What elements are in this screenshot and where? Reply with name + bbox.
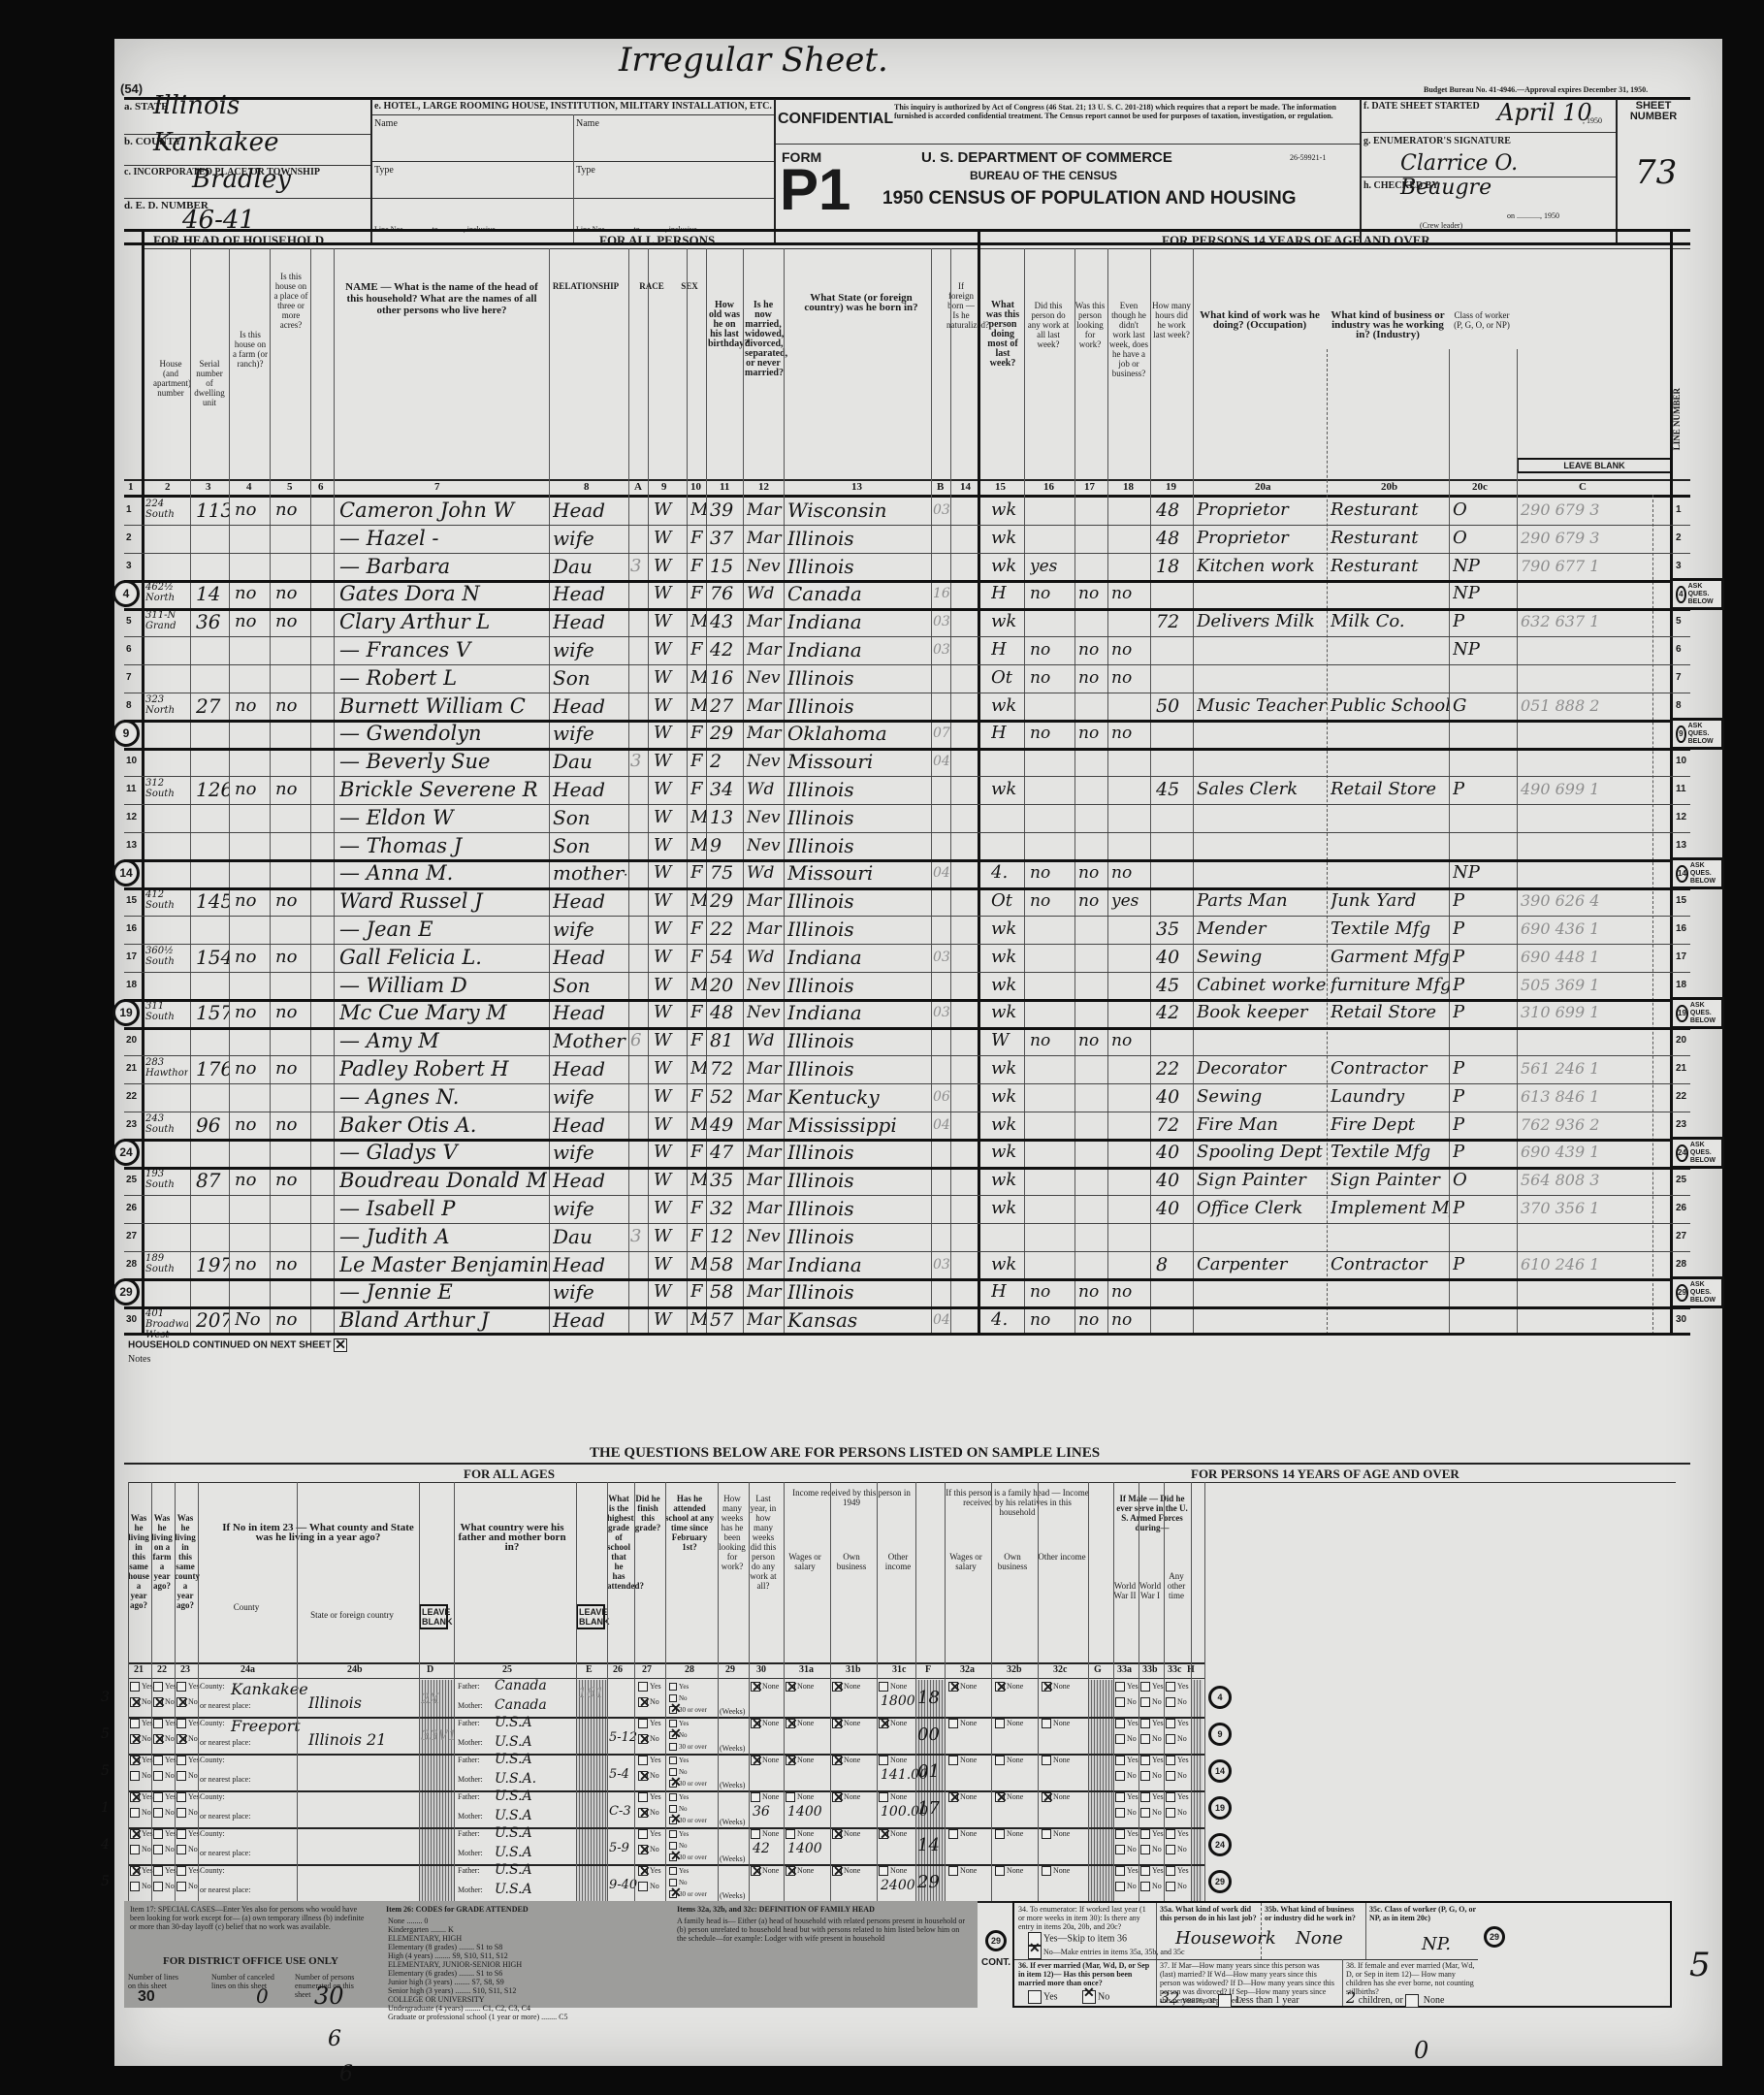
q32a-header: Wages or salary: [945, 1552, 987, 1571]
q31b-none[interactable]: None: [832, 1792, 860, 1802]
q33a-no[interactable]: No: [1115, 1808, 1137, 1818]
q32b-none[interactable]: None: [995, 1829, 1023, 1839]
q36-yes[interactable]: Yes: [1028, 1990, 1058, 2004]
q23-yes[interactable]: Yes: [176, 1756, 200, 1765]
q32c-none-box[interactable]: [1042, 1792, 1051, 1802]
q23-no-box[interactable]: [176, 1734, 186, 1744]
q28-30-over[interactable]: [669, 1890, 677, 1898]
q33b-yes[interactable]: Yes: [1140, 1719, 1164, 1728]
q22-yes[interactable]: Yes: [153, 1866, 176, 1876]
q22-no-box[interactable]: [153, 1734, 163, 1744]
q27-yes[interactable]: Yes: [638, 1719, 661, 1728]
q32b-none[interactable]: None: [995, 1756, 1023, 1765]
q27-yes[interactable]: Yes: [638, 1682, 661, 1692]
q23-yes-box[interactable]: [176, 1756, 186, 1765]
q33b-no-box[interactable]: [1140, 1808, 1150, 1818]
q22-no-box[interactable]: [153, 1845, 163, 1854]
q32b-none-box[interactable]: [995, 1756, 1005, 1765]
q31b-none[interactable]: None: [832, 1829, 860, 1839]
q21-yes-box[interactable]: [130, 1792, 140, 1802]
q23-no-box[interactable]: [176, 1697, 186, 1707]
q32b-none-box[interactable]: [995, 1829, 1005, 1839]
q32a-none-box[interactable]: [948, 1866, 958, 1876]
q21-yes[interactable]: Yes: [130, 1719, 153, 1728]
q36-no-checkbox[interactable]: [1082, 1990, 1096, 2004]
q28-no[interactable]: [669, 1768, 677, 1776]
q23-yes[interactable]: Yes: [176, 1866, 200, 1876]
q33a-no-box[interactable]: [1115, 1845, 1125, 1854]
q23-yes-box[interactable]: [176, 1829, 186, 1839]
q33a-no[interactable]: No: [1115, 1771, 1137, 1781]
q21-yes-box[interactable]: [130, 1866, 140, 1876]
q22-no-box[interactable]: [153, 1808, 163, 1818]
q28-no[interactable]: [669, 1805, 677, 1813]
q32b-none-box[interactable]: [995, 1719, 1005, 1728]
q31b-none[interactable]: None: [832, 1719, 860, 1728]
q36-yes-label: Yes: [1043, 1991, 1058, 2002]
q33a-yes[interactable]: Yes: [1115, 1719, 1139, 1728]
q33c-yes[interactable]: Yes: [1166, 1756, 1189, 1765]
q33c-no[interactable]: No: [1166, 1771, 1187, 1781]
q32a-none-box[interactable]: [948, 1682, 958, 1692]
q22-no-box[interactable]: [153, 1771, 163, 1781]
q31b-none-box[interactable]: [832, 1756, 842, 1765]
q31c-none-box[interactable]: [879, 1829, 888, 1839]
q33b-no[interactable]: No: [1140, 1845, 1162, 1854]
q28-30-over[interactable]: [669, 1743, 677, 1751]
q21-no[interactable]: No: [130, 1845, 151, 1854]
q33b-no[interactable]: No: [1140, 1771, 1162, 1781]
q21-yes[interactable]: Yes: [130, 1682, 153, 1692]
q23-no-box[interactable]: [176, 1845, 186, 1854]
q32c-none[interactable]: None: [1042, 1756, 1070, 1765]
q32a-none[interactable]: None: [948, 1792, 977, 1802]
q27-no-box[interactable]: [638, 1734, 648, 1744]
q31c-none[interactable]: None: [879, 1756, 907, 1765]
q31a-none[interactable]: None: [786, 1792, 814, 1802]
q31a-none[interactable]: None: [786, 1719, 814, 1728]
q22-yes[interactable]: Yes: [153, 1756, 176, 1765]
q27-yes[interactable]: Yes: [638, 1756, 661, 1765]
q28-yes[interactable]: [669, 1830, 677, 1838]
q33c-yes[interactable]: Yes: [1166, 1829, 1189, 1839]
q27-no[interactable]: No: [638, 1882, 659, 1891]
q33c-yes[interactable]: Yes: [1166, 1719, 1189, 1728]
q33b-no-box[interactable]: [1140, 1697, 1150, 1707]
q21-no[interactable]: No: [130, 1697, 151, 1707]
q31c-none[interactable]: None: [879, 1792, 907, 1802]
table-row: 1515412 South145nonoWard Russel JHeadWM2…: [114, 887, 1705, 916]
q28-30-over[interactable]: [669, 1817, 677, 1824]
q21-yes[interactable]: Yes: [130, 1756, 153, 1765]
q32b-none[interactable]: None: [995, 1719, 1023, 1728]
sample-column-number: 24a: [241, 1664, 255, 1675]
q28-yes[interactable]: [669, 1757, 677, 1764]
q33b-yes-box[interactable]: [1140, 1756, 1150, 1765]
q21-no[interactable]: No: [130, 1882, 151, 1891]
q33a-yes-box[interactable]: [1115, 1719, 1125, 1728]
q22-yes-box[interactable]: [153, 1719, 163, 1728]
q33c-no[interactable]: No: [1166, 1697, 1187, 1707]
q28-no[interactable]: [669, 1842, 677, 1850]
cell-hours: 22: [1156, 1057, 1191, 1080]
q27-no-box[interactable]: [638, 1808, 648, 1818]
q31a-none-box[interactable]: [786, 1829, 795, 1839]
q31b-none-box[interactable]: [832, 1682, 842, 1692]
q33b-yes[interactable]: Yes: [1140, 1792, 1164, 1802]
q32a-none[interactable]: None: [948, 1866, 977, 1876]
q22-no[interactable]: No: [153, 1697, 175, 1707]
q33c-yes-box[interactable]: [1166, 1829, 1175, 1839]
q31a-none-box[interactable]: [786, 1866, 795, 1876]
q31c-none-box[interactable]: [879, 1792, 888, 1802]
q33a-yes[interactable]: Yes: [1115, 1829, 1139, 1839]
q32b-none-box[interactable]: [995, 1792, 1005, 1802]
q33b-yes[interactable]: Yes: [1140, 1756, 1164, 1765]
q23-no-box[interactable]: [176, 1771, 186, 1781]
q32a-none[interactable]: None: [948, 1719, 977, 1728]
q31b-none[interactable]: None: [832, 1866, 860, 1876]
q33c-yes-box[interactable]: [1166, 1756, 1175, 1765]
q21-no-box[interactable]: [130, 1771, 140, 1781]
q27-yes-box[interactable]: [638, 1866, 648, 1876]
q33b-yes[interactable]: Yes: [1140, 1866, 1164, 1876]
q33a-no-box[interactable]: [1115, 1771, 1125, 1781]
q33c-no[interactable]: No: [1166, 1808, 1187, 1818]
q33b-no-box[interactable]: [1140, 1771, 1150, 1781]
q32a-none-box[interactable]: [948, 1719, 958, 1728]
q30-none[interactable]: None: [751, 1682, 779, 1692]
q21-yes-box[interactable]: [130, 1756, 140, 1765]
q33b-no[interactable]: No: [1140, 1734, 1162, 1744]
q28-yes[interactable]: [669, 1720, 677, 1727]
q26-grade: 5-4: [609, 1767, 629, 1782]
q21-no[interactable]: No: [130, 1808, 151, 1818]
q33b-no[interactable]: No: [1140, 1697, 1162, 1707]
sample-line-badge: 24: [1208, 1833, 1232, 1856]
q31c-none[interactable]: None: [879, 1829, 907, 1839]
q31b-none[interactable]: None: [832, 1756, 860, 1765]
q34-no[interactable]: No—Make entries in items 35a, 35b, and 3…: [1028, 1946, 1185, 1959]
q33b-no-box[interactable]: [1140, 1882, 1150, 1891]
q21-no-box[interactable]: [130, 1808, 140, 1818]
cell-marital: Mar: [747, 1113, 784, 1137]
q27-yes-box[interactable]: [638, 1682, 648, 1692]
q33b-no-box[interactable]: [1140, 1845, 1150, 1854]
q32a-none[interactable]: None: [948, 1682, 977, 1692]
q23-no[interactable]: No: [176, 1808, 198, 1818]
q38-none-checkbox[interactable]: [1405, 1994, 1419, 2008]
q22-no[interactable]: No: [153, 1808, 175, 1818]
q22-no-box[interactable]: [153, 1882, 163, 1891]
q22-yes[interactable]: Yes: [153, 1829, 176, 1839]
q32c-none-box[interactable]: [1042, 1756, 1051, 1765]
q22-yes-box[interactable]: [153, 1756, 163, 1765]
q23-no[interactable]: No: [176, 1697, 198, 1707]
q33b-yes-box[interactable]: [1140, 1866, 1150, 1876]
q33a-no-box[interactable]: [1115, 1697, 1125, 1707]
q27-yes[interactable]: Yes: [638, 1866, 661, 1876]
q31c-none-box[interactable]: [879, 1756, 888, 1765]
q23-yes[interactable]: Yes: [176, 1829, 200, 1839]
q33a-no[interactable]: No: [1115, 1882, 1137, 1891]
q30-none[interactable]: None: [751, 1792, 779, 1802]
q23-yes-box[interactable]: [176, 1792, 186, 1802]
q30-none[interactable]: None: [751, 1866, 779, 1876]
q31c-none-box[interactable]: [879, 1682, 888, 1692]
line-number: 26: [126, 1203, 137, 1213]
q23-no[interactable]: No: [176, 1845, 198, 1854]
q28-30-over[interactable]: [669, 1780, 677, 1788]
q22-yes-box[interactable]: [153, 1792, 163, 1802]
q28-no[interactable]: [669, 1879, 677, 1886]
q33c-no-box[interactable]: [1166, 1697, 1175, 1707]
q31a-none-box[interactable]: [786, 1682, 795, 1692]
q32a-none-box[interactable]: [948, 1792, 958, 1802]
q33a-yes-box[interactable]: [1115, 1866, 1125, 1876]
q33b-yes-box[interactable]: [1140, 1792, 1150, 1802]
q28-yes[interactable]: [669, 1793, 677, 1801]
q30-none-box[interactable]: [751, 1756, 760, 1765]
q27-yes-box[interactable]: [638, 1792, 648, 1802]
q23-yes[interactable]: Yes: [176, 1682, 200, 1692]
q33c-no-box[interactable]: [1166, 1808, 1175, 1818]
q21-no-box[interactable]: [130, 1845, 140, 1854]
q31b-none-box[interactable]: [832, 1866, 842, 1876]
q23-yes[interactable]: Yes: [176, 1719, 200, 1728]
q31b-none-box[interactable]: [832, 1829, 842, 1839]
q33c-yes-box[interactable]: [1166, 1792, 1175, 1802]
q32b-none[interactable]: None: [995, 1866, 1023, 1876]
q22-no[interactable]: No: [153, 1771, 175, 1781]
q33a-yes[interactable]: Yes: [1115, 1756, 1139, 1765]
q33a-yes-box[interactable]: [1115, 1756, 1125, 1765]
line-number: 11: [126, 784, 137, 794]
q36-no[interactable]: No: [1082, 1990, 1109, 2004]
q21-yes-box[interactable]: [130, 1829, 140, 1839]
q37-less-checkbox[interactable]: [1218, 1994, 1232, 2008]
q28-yes[interactable]: [669, 1867, 677, 1875]
q32a-none-box[interactable]: [948, 1756, 958, 1765]
q33c-no[interactable]: No: [1166, 1734, 1187, 1744]
q33b-no[interactable]: No: [1140, 1808, 1162, 1818]
q32b-none-box[interactable]: [995, 1682, 1005, 1692]
q31a-none[interactable]: None: [786, 1829, 814, 1839]
q33c-yes[interactable]: Yes: [1166, 1866, 1189, 1876]
q28-yes[interactable]: [669, 1683, 677, 1691]
q33b-yes-box[interactable]: [1140, 1829, 1150, 1839]
q36-yes-checkbox[interactable]: [1028, 1990, 1042, 2004]
cell-hours: 45: [1156, 974, 1191, 997]
special-cases-text: Item 17: SPECIAL CASES—Enter Yes also fo…: [130, 1905, 372, 1931]
q31a-none-box[interactable]: [786, 1719, 795, 1728]
q31b-none-box[interactable]: [832, 1792, 842, 1802]
q31c-none-box[interactable]: [879, 1719, 888, 1728]
q27-no-box[interactable]: [638, 1771, 648, 1781]
q31a-none[interactable]: None: [786, 1682, 814, 1692]
q27-no[interactable]: No: [638, 1697, 659, 1707]
q23-yes[interactable]: Yes: [176, 1792, 200, 1802]
q33c-no[interactable]: No: [1166, 1882, 1187, 1891]
margin-mark-1: 6: [328, 2027, 341, 2051]
q33c-yes-box[interactable]: [1166, 1682, 1175, 1692]
q31a-none[interactable]: None: [786, 1756, 814, 1765]
q33c-yes[interactable]: Yes: [1166, 1682, 1189, 1692]
q23-no[interactable]: No: [176, 1734, 198, 1744]
q34-no-checkbox[interactable]: [1028, 1946, 1042, 1959]
q33b-no[interactable]: No: [1140, 1882, 1162, 1891]
column-number: 20c: [1472, 481, 1488, 493]
q32c-none-box[interactable]: [1042, 1682, 1051, 1692]
q33a-no[interactable]: No: [1115, 1845, 1137, 1854]
q27-no-box[interactable]: [638, 1845, 648, 1854]
q27-no-box[interactable]: [638, 1882, 648, 1891]
q31b-none[interactable]: None: [832, 1682, 860, 1692]
q32c-none-box[interactable]: [1042, 1866, 1051, 1876]
q27-no[interactable]: No: [638, 1808, 659, 1818]
q23-no-box[interactable]: [176, 1882, 186, 1891]
q23-yes-box[interactable]: [176, 1719, 186, 1728]
q30-none-box[interactable]: [751, 1682, 760, 1692]
household-continued-checkbox[interactable]: [334, 1338, 347, 1352]
q23-no[interactable]: No: [176, 1771, 198, 1781]
column-number: 14: [960, 481, 971, 493]
q32c-none[interactable]: None: [1042, 1866, 1070, 1876]
q27-no-box[interactable]: [638, 1697, 648, 1707]
q22-yes-box[interactable]: [153, 1829, 163, 1839]
q22-yes-box[interactable]: [153, 1682, 163, 1692]
q33a-yes-box[interactable]: [1115, 1682, 1125, 1692]
q31a-none-box[interactable]: [786, 1756, 795, 1765]
q30-none[interactable]: None: [751, 1719, 779, 1728]
q28-no[interactable]: [669, 1694, 677, 1702]
q31c-none-box[interactable]: [879, 1866, 888, 1876]
q33b-yes-box[interactable]: [1140, 1719, 1150, 1728]
cell-rel: wife: [553, 722, 626, 745]
q27-no[interactable]: No: [638, 1734, 659, 1744]
q32a-none[interactable]: None: [948, 1756, 977, 1765]
q21-yes-box[interactable]: [130, 1719, 140, 1728]
q22-yes[interactable]: Yes: [153, 1682, 176, 1692]
q32c-none[interactable]: None: [1042, 1719, 1070, 1728]
q33c-yes-box[interactable]: [1166, 1866, 1175, 1876]
q27-yes-box[interactable]: [638, 1829, 648, 1839]
q30-none-box[interactable]: [751, 1719, 760, 1728]
q33b-yes[interactable]: Yes: [1140, 1682, 1164, 1692]
q33a-yes-box[interactable]: [1115, 1792, 1125, 1802]
q21-yes-box[interactable]: [130, 1682, 140, 1692]
q32c-none[interactable]: None: [1042, 1792, 1070, 1802]
q33a-no[interactable]: No: [1115, 1697, 1137, 1707]
q27-no[interactable]: No: [638, 1771, 659, 1781]
q21-no-box[interactable]: [130, 1697, 140, 1707]
q33c-yes-box[interactable]: [1166, 1719, 1175, 1728]
q33c-no-box[interactable]: [1166, 1771, 1175, 1781]
q33a-no-box[interactable]: [1115, 1882, 1125, 1891]
q22-no-box[interactable]: [153, 1697, 163, 1707]
q33c-no[interactable]: No: [1166, 1845, 1187, 1854]
q31b-none-box[interactable]: [832, 1719, 842, 1728]
q27-yes-box[interactable]: [638, 1719, 648, 1728]
q23-no[interactable]: No: [176, 1882, 198, 1891]
q32c-none[interactable]: None: [1042, 1829, 1070, 1839]
q21-yes[interactable]: Yes: [130, 1829, 153, 1839]
q28-30-over[interactable]: [669, 1706, 677, 1714]
q33c-no-box[interactable]: [1166, 1882, 1175, 1891]
q28-no[interactable]: [669, 1731, 677, 1739]
q30-none[interactable]: None: [751, 1756, 779, 1765]
q22-yes-box[interactable]: [153, 1866, 163, 1876]
q22-yes[interactable]: Yes: [153, 1792, 176, 1802]
q32b-none[interactable]: None: [995, 1792, 1023, 1802]
cell-serial: 145: [196, 889, 229, 913]
q33c-no-box[interactable]: [1166, 1734, 1175, 1744]
q33a-no-box[interactable]: [1115, 1808, 1125, 1818]
q23-yes-box[interactable]: [176, 1682, 186, 1692]
q33a-yes[interactable]: Yes: [1115, 1792, 1139, 1802]
q32c-none-box[interactable]: [1042, 1719, 1051, 1728]
q21-no[interactable]: No: [130, 1734, 151, 1744]
q32c-none[interactable]: None: [1042, 1682, 1070, 1692]
q33a-yes-box[interactable]: [1115, 1829, 1125, 1839]
q22-yes[interactable]: Yes: [153, 1719, 176, 1728]
col-name: NAME — What is the name of the head of t…: [337, 281, 546, 316]
code-d: 33V1: [421, 1728, 457, 1744]
q22-no[interactable]: No: [153, 1882, 175, 1891]
q33b-yes-box[interactable]: [1140, 1682, 1150, 1692]
q22-no[interactable]: No: [153, 1845, 175, 1854]
q34-yes[interactable]: Yes—Skip to item 36: [1028, 1932, 1127, 1946]
q33b-yes[interactable]: Yes: [1140, 1829, 1164, 1839]
q21-yes[interactable]: Yes: [130, 1866, 153, 1876]
district-office-label: FOR DISTRICT OFFICE USE ONLY: [163, 1955, 338, 1967]
q33b-no-box[interactable]: [1140, 1734, 1150, 1744]
q33c-yes[interactable]: Yes: [1166, 1792, 1189, 1802]
q32c-none-box[interactable]: [1042, 1829, 1051, 1839]
q21-no-box[interactable]: [130, 1882, 140, 1891]
q27-yes-box[interactable]: [638, 1756, 648, 1765]
q33a-no-box[interactable]: [1115, 1734, 1125, 1744]
q30-none-box[interactable]: [751, 1792, 760, 1802]
q31c-none[interactable]: None: [879, 1719, 907, 1728]
q21-no-box[interactable]: [130, 1734, 140, 1744]
q31c-none[interactable]: None: [879, 1866, 907, 1876]
q33a-yes[interactable]: Yes: [1115, 1682, 1139, 1692]
q23-yes-box[interactable]: [176, 1866, 186, 1876]
q31c-none[interactable]: None: [879, 1682, 907, 1692]
q32a-none-box[interactable]: [948, 1829, 958, 1839]
q31a-none-box[interactable]: [786, 1792, 795, 1802]
q22-no[interactable]: No: [153, 1734, 175, 1744]
q33a-no[interactable]: No: [1115, 1734, 1137, 1744]
q21-yes[interactable]: Yes: [130, 1792, 153, 1802]
q27-yes[interactable]: Yes: [638, 1792, 661, 1802]
q21-no[interactable]: No: [130, 1771, 151, 1781]
q32b-none-box[interactable]: [995, 1866, 1005, 1876]
q33c-no-box[interactable]: [1166, 1845, 1175, 1854]
q30-none-box[interactable]: [751, 1829, 760, 1839]
q32b-none[interactable]: None: [995, 1682, 1023, 1692]
q31a-none[interactable]: None: [786, 1866, 814, 1876]
q32a-none[interactable]: None: [948, 1829, 977, 1839]
q23-no-box[interactable]: [176, 1808, 186, 1818]
q30-none[interactable]: None: [751, 1829, 779, 1839]
q33a-yes[interactable]: Yes: [1115, 1866, 1139, 1876]
q27-yes[interactable]: Yes: [638, 1829, 661, 1839]
q27-no[interactable]: No: [638, 1845, 659, 1854]
q28-30-over[interactable]: [669, 1853, 677, 1861]
q30-none-box[interactable]: [751, 1866, 760, 1876]
